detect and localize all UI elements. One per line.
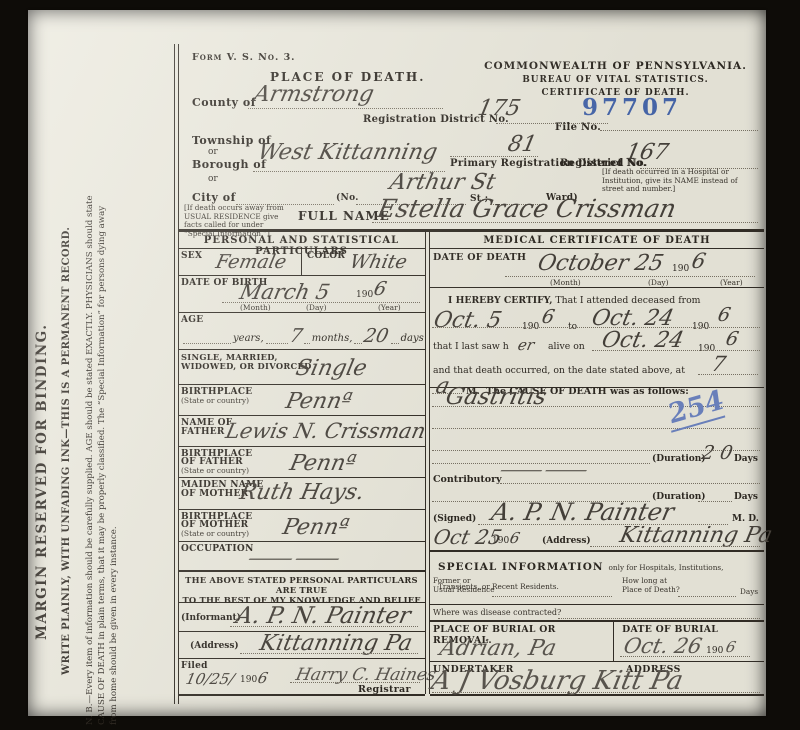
certify-block: I HEREBY CERTIFY, That I attended deceas… xyxy=(430,288,764,388)
last-saw-pre: that I last saw h xyxy=(433,337,509,356)
duration-value: 2 0 xyxy=(700,444,734,463)
howlong-label-2: Place of Death? xyxy=(622,586,680,595)
father-row: NAME OF FATHER Lewis N. Crissman xyxy=(178,416,425,447)
informant-address-line xyxy=(240,638,418,654)
margin-binding-text: MARGIN RESERVED FOR BINDING. xyxy=(34,170,50,640)
mother-bp-row: BIRTHPLACE OF MOTHER (State or country) … xyxy=(178,510,425,542)
certificate-paper: MARGIN RESERVED FOR BINDING. WRITE PLAIN… xyxy=(28,10,766,716)
color-label: COLOR xyxy=(307,251,345,261)
contributory-line xyxy=(500,470,760,484)
filed-year-hw: 6 xyxy=(256,671,269,686)
birthplace-row: BIRTHPLACE (State or country) Pennª xyxy=(178,385,425,416)
special-info-row: SPECIAL INFORMATION only for Hospitals, … xyxy=(430,552,764,605)
or-1: or xyxy=(208,147,218,157)
age-months-value: 7 xyxy=(288,327,304,346)
special-title: SPECIAL INFORMATION xyxy=(438,561,603,573)
marital-value: Single xyxy=(294,358,369,380)
mother-bp-value: Pennª xyxy=(281,517,351,539)
marital-label-2: WIDOWED, OR DIVORCED xyxy=(181,361,312,371)
margin-nb-note: N. B.—Every item of information should b… xyxy=(84,225,120,725)
nb-line3: from home should be given in every insta… xyxy=(108,713,120,725)
contributory-label: Contributory xyxy=(433,474,502,485)
father-bp-sub: (State or country) xyxy=(181,466,249,475)
columns: PERSONAL AND STATISTICAL PARTICULARS SEX… xyxy=(178,232,764,694)
signed-date-row: Oct 25 190 6 (Address) Kittanning Pa xyxy=(430,529,764,552)
father-bp-value: Pennª xyxy=(288,453,358,475)
hospital-note: [If death occurred in a Hospital or Inst… xyxy=(602,168,754,194)
dob-year-sub: (Year) xyxy=(378,303,401,312)
color-value: White xyxy=(348,253,409,272)
duration2-days-label: Days xyxy=(734,492,758,502)
howlong-line xyxy=(678,582,736,597)
certify-rest: That I attended deceased from xyxy=(552,295,700,306)
undertaker-line xyxy=(432,678,760,693)
cause-row: Gastritis 254 xyxy=(430,388,764,448)
signed-year-printed: 190 xyxy=(492,536,509,546)
informant-address-label: (Address) xyxy=(190,641,239,651)
signed-label: (Signed) xyxy=(433,514,476,524)
undertaker-row: UNDERTAKER ADDRESS A J Vosburg Kitt Pa xyxy=(430,662,764,696)
dob-day-sub: (Day) xyxy=(306,303,327,312)
special-days-label: Days xyxy=(740,588,758,597)
informant-row: (Informant) A. P. N. Painter xyxy=(178,603,425,632)
birthplace-value: Pennª xyxy=(284,391,354,413)
father-bp-row: BIRTHPLACE OF FATHER (State or country) … xyxy=(178,447,425,478)
filed-year-printed: 190 xyxy=(240,675,257,685)
age-label: AGE xyxy=(181,315,203,325)
dod-year-sub: (Year) xyxy=(720,278,743,287)
dob-month-sub: (Month) xyxy=(240,303,271,312)
statement-line-1: THE ABOVE STATED PERSONAL PARTICULARS AR… xyxy=(178,572,425,595)
form-number: Form V. S. No. 3. xyxy=(192,52,296,63)
disease-line xyxy=(558,606,760,619)
signed-addr-label: (Address) xyxy=(542,536,591,546)
marital-row: SINGLE, MARRIED, WIDOWED, OR DIVORCED Si… xyxy=(178,350,425,385)
duration-label: (Duration) xyxy=(652,454,706,464)
mother-row: MAIDEN NAME OF MOTHER Ruth Hays. xyxy=(178,478,425,510)
county-line xyxy=(248,91,443,109)
nb-line1: N. B.—Every item of information should b… xyxy=(84,713,96,725)
form-content: Form V. S. No. 3. PLACE OF DEATH. COMMON… xyxy=(178,46,764,706)
certify-bold: I HEREBY CERTIFY, xyxy=(448,295,552,306)
informant-line xyxy=(230,611,418,627)
mother-bp-sub: (State or country) xyxy=(181,529,249,538)
dob-line xyxy=(222,286,420,303)
file-no-label: File No. xyxy=(555,122,601,133)
contributory-row: Contributory —— xyxy=(430,468,764,487)
commonwealth-title: COMMONWEALTH OF PENNSYLVANIA. xyxy=(473,60,758,72)
dod-month-sub: (Month) xyxy=(550,278,581,287)
time-line xyxy=(698,359,758,375)
occurred-label: and that death occurred, on the date sta… xyxy=(433,361,685,380)
informant-address-row: (Address) Kittanning Pa xyxy=(178,632,425,659)
dod-line xyxy=(505,260,755,277)
duration2-line-2 xyxy=(698,488,732,502)
signed-addr-line xyxy=(590,532,760,547)
statement-row: THE ABOVE STATED PERSONAL PARTICULARS AR… xyxy=(178,572,425,603)
father-value: Lewis N. Crissman xyxy=(224,421,428,442)
registrar-label: Registrar xyxy=(358,684,411,695)
primary-reg-line xyxy=(450,140,538,157)
duration-days-label: Days xyxy=(734,454,758,464)
former-label-2: Usual Residence xyxy=(433,586,495,595)
dod-day-sub: (Day) xyxy=(648,278,669,287)
dod-row: DATE OF DEATH October 25 190 6 (Month) (… xyxy=(430,249,764,288)
margin-permanent-text: WRITE PLAINLY, WITH UNFADING INK—THIS IS… xyxy=(61,115,72,675)
father-label-2: FATHER xyxy=(181,427,225,437)
bureau-title: BUREAU OF VITAL STATISTICS. xyxy=(473,75,758,85)
occupation-label: OCCUPATION xyxy=(181,544,254,554)
burial-place-value: Adrian, Pa xyxy=(438,638,558,660)
dob-row: DATE OF BIRTH March 5 190 6 (Month) (Day… xyxy=(178,276,425,313)
disease-label: Where was disease contracted? xyxy=(433,609,561,618)
days-label: days xyxy=(401,333,424,344)
duration-row: (Duration) 2 0 Days xyxy=(430,448,764,468)
age-days-value: 20 xyxy=(362,327,390,346)
alive-label: alive on xyxy=(548,337,585,356)
disease-row: Where was disease contracted? xyxy=(430,605,764,622)
years-label: years, xyxy=(233,333,264,344)
personal-column: PERSONAL AND STATISTICAL PARTICULARS SEX… xyxy=(178,232,425,696)
file-no-line xyxy=(600,113,758,131)
age-row: AGE years, 7 months, 20 days xyxy=(178,313,425,350)
her-value: er xyxy=(516,338,535,353)
filed-value: 10/25/ xyxy=(184,672,235,687)
burial-date-line xyxy=(620,642,750,657)
birthplace-sub: (State or country) xyxy=(181,396,249,405)
or-2: or xyxy=(208,174,218,184)
personal-title: PERSONAL AND STATISTICAL PARTICULARS xyxy=(178,232,425,249)
attended-line xyxy=(432,312,760,328)
mother-value: Ruth Hays. xyxy=(238,482,366,504)
months-label: months, xyxy=(312,333,353,344)
county-label: County of xyxy=(192,96,256,109)
nb-line2: CAUSE OF DEATH in plain terms, that it m… xyxy=(96,713,108,725)
commonwealth-block: COMMONWEALTH OF PENNSYLVANIA. BUREAU OF … xyxy=(473,60,758,98)
sex-color-row: SEX Female COLOR White xyxy=(178,249,425,276)
occupation-row: OCCUPATION —— xyxy=(178,542,425,572)
full-name-line xyxy=(372,205,758,223)
alive-line xyxy=(592,335,760,351)
signed-year-hw: 6 xyxy=(508,531,521,546)
filed-row: Filed 10/25/ 190 6 Harry C. Haines Regis… xyxy=(178,659,425,694)
former-line xyxy=(492,582,612,597)
sex-label: SEX xyxy=(181,251,202,261)
burial-row: PLACE OF BURIAL OR REMOVAL. Adrian, Pa D… xyxy=(430,622,764,662)
medical-column: MEDICAL CERTIFICATE OF DEATH DATE OF DEA… xyxy=(430,232,764,696)
registrar-line xyxy=(290,667,420,683)
sex-value: Female xyxy=(214,253,288,272)
occupation-value: —— xyxy=(243,550,345,568)
medical-title: MEDICAL CERTIFICATE OF DEATH xyxy=(430,232,764,249)
